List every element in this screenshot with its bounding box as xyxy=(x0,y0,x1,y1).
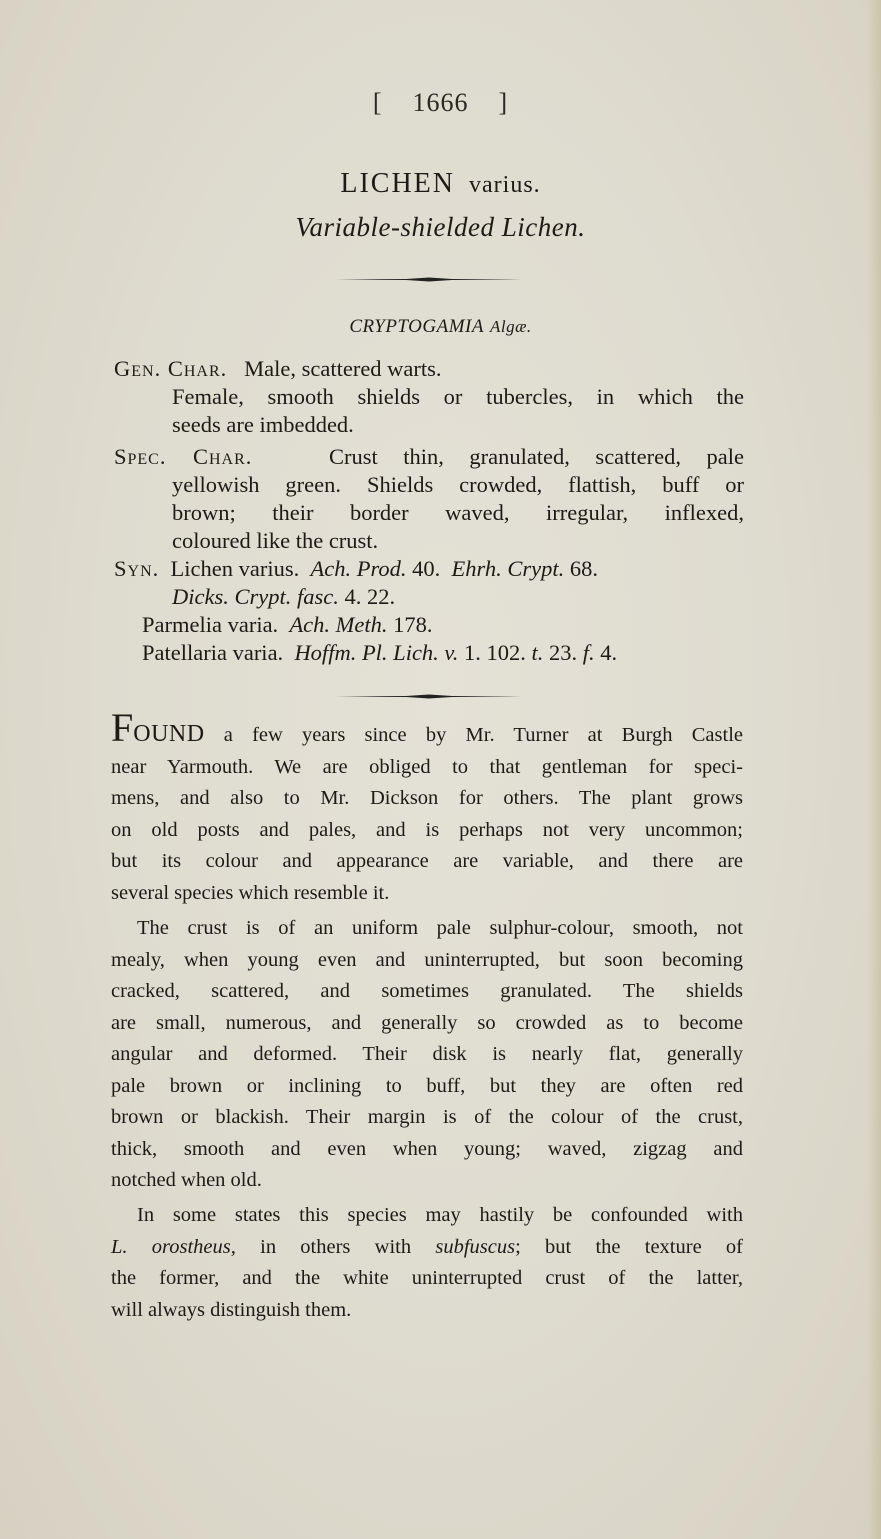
paragraph-line: the former, and the white uninterrupted … xyxy=(111,1263,743,1295)
genus-name: LICHEN xyxy=(340,168,455,199)
synonym-ref-number: 178. xyxy=(393,612,432,637)
paragraph-text: ; but the texture of xyxy=(515,1236,743,1258)
paragraph-text: a few years since by Mr. Turner at Burgh… xyxy=(224,724,743,746)
synonym-ref-number: 4. 22. xyxy=(344,584,395,609)
synonym-reference: f. xyxy=(583,640,595,665)
paragraph-line: on old posts and pales, and is perhaps n… xyxy=(111,815,743,847)
synonym-reference: Ach. Meth. xyxy=(289,612,387,637)
synonyms: Syn. Lichen varius. Ach. Prod. 40. Ehrh.… xyxy=(114,555,744,667)
gen-char-line: Male, scattered warts. xyxy=(244,356,441,381)
species-epithet: varius. xyxy=(469,172,541,198)
paragraph-line: brown or blackish. Their margin is of th… xyxy=(111,1102,743,1134)
synonym-ref-number: 40. xyxy=(412,556,440,581)
gen-char-label: Gen. Char. xyxy=(114,356,227,381)
syn-label: Syn. xyxy=(114,556,159,581)
synonym-name: Lichen varius. xyxy=(171,556,300,581)
bracket-close: ] xyxy=(499,88,509,118)
small-caps-word: OUND xyxy=(133,721,204,747)
synonym-continuation: Dicks. Crypt. fasc. 4. 22. xyxy=(114,583,744,611)
paragraph-line: In some states this species may hastily … xyxy=(111,1200,743,1232)
spec-char-label: Spec. Char. xyxy=(114,444,252,469)
gen-char-line: Female, smooth shields or tubercles, in … xyxy=(114,383,744,411)
synonym-reference: Dicks. Crypt. fasc. xyxy=(172,584,339,609)
spec-char-line: Crust thin, granulated, scattered, pale xyxy=(329,444,744,469)
synonym-name: Patellaria varia. xyxy=(142,640,283,665)
synonym-entry: Parmelia varia. Ach. Meth. 178. xyxy=(114,611,744,639)
order-name: Algæ. xyxy=(490,317,532,336)
paragraph-line: several species which resemble it. xyxy=(111,878,743,910)
spec-char-line: brown; their border waved, irregular, in… xyxy=(114,499,744,527)
paragraph-line: mens, and also to Mr. Dickson for others… xyxy=(111,783,743,815)
spec-char-line: yellowish green. Shields crowded, flatti… xyxy=(114,471,744,499)
page-number-value: 1666 xyxy=(413,88,469,117)
synonym-ref-number: 68. xyxy=(570,556,598,581)
paragraph-line: are small, numerous, and generally so cr… xyxy=(111,1008,743,1040)
synonym-entry: Syn. Lichen varius. Ach. Prod. 40. Ehrh.… xyxy=(114,555,744,583)
gen-char-line: seeds are imbedded. xyxy=(114,411,744,439)
ornamental-rule-icon xyxy=(336,694,522,698)
synonym-name: Parmelia varia. xyxy=(142,612,278,637)
synonym-reference: Ach. Prod. xyxy=(310,556,406,581)
paragraph-line: pale brown or inclining to buff, but the… xyxy=(111,1071,743,1103)
synonym-reference: Ehrh. Crypt. xyxy=(452,556,565,581)
synonym-reference: t. xyxy=(532,640,544,665)
species-reference: subfuscus xyxy=(435,1236,515,1258)
paragraph-line: mealy, when young even and uninterrupted… xyxy=(111,945,743,977)
paragraph-line: L. orostheus, in others with subfuscus; … xyxy=(111,1232,743,1264)
paragraph-found: FOUND a few years since by Mr. Turner at… xyxy=(111,718,743,909)
synonym-ref-number: 1. 102. xyxy=(464,640,526,665)
bracket-open: [ xyxy=(373,88,383,118)
paragraph-line: will always distinguish them. xyxy=(111,1295,743,1327)
paragraph-line: FOUND a few years since by Mr. Turner at… xyxy=(111,718,743,752)
synonym-reference: Hoffm. Pl. Lich. v. xyxy=(294,640,458,665)
paragraph-line: angular and deformed. Their disk is near… xyxy=(111,1039,743,1071)
specific-character: Spec. Char. Crust thin, granulated, scat… xyxy=(114,443,744,555)
common-name: Variable-shielded Lichen. xyxy=(0,212,881,243)
class-name: CRYPTOGAMIA xyxy=(349,316,484,337)
synonym-ref-number: 23. xyxy=(549,640,577,665)
paragraph-crust: The crust is of an uniform pale sulphur-… xyxy=(111,913,743,1197)
book-page: [1666] LICHEN varius. Variable-shielded … xyxy=(0,0,881,1539)
paragraph-line: The crust is of an uniform pale sulphur-… xyxy=(111,913,743,945)
species-title: LICHEN varius. xyxy=(0,168,881,200)
synonym-entry: Patellaria varia. Hoffm. Pl. Lich. v. 1.… xyxy=(114,639,744,667)
paragraph-line: cracked, scattered, and sometimes granul… xyxy=(111,976,743,1008)
classification: CRYPTOGAMIAAlgæ. xyxy=(0,316,881,338)
paragraph-line: near Yarmouth. We are obliged to that ge… xyxy=(111,752,743,784)
species-reference: L. orostheus, xyxy=(111,1236,236,1258)
drop-cap: F xyxy=(111,705,133,750)
synonym-ref-number: 4. xyxy=(600,640,617,665)
page-number: [1666] xyxy=(0,88,881,118)
paragraph-line: but its colour and appearance are variab… xyxy=(111,846,743,878)
paragraph-line: notched when old. xyxy=(111,1165,743,1197)
spec-char-line: coloured like the crust. xyxy=(114,527,744,555)
ornamental-rule-icon xyxy=(336,277,522,281)
paragraph-text: in others with xyxy=(236,1236,435,1258)
paragraph-line: thick, smooth and even when young; waved… xyxy=(111,1134,743,1166)
paragraph-confusion: In some states this species may hastily … xyxy=(111,1200,743,1326)
generic-character: Gen. Char. Male, scattered warts. Female… xyxy=(114,355,744,439)
